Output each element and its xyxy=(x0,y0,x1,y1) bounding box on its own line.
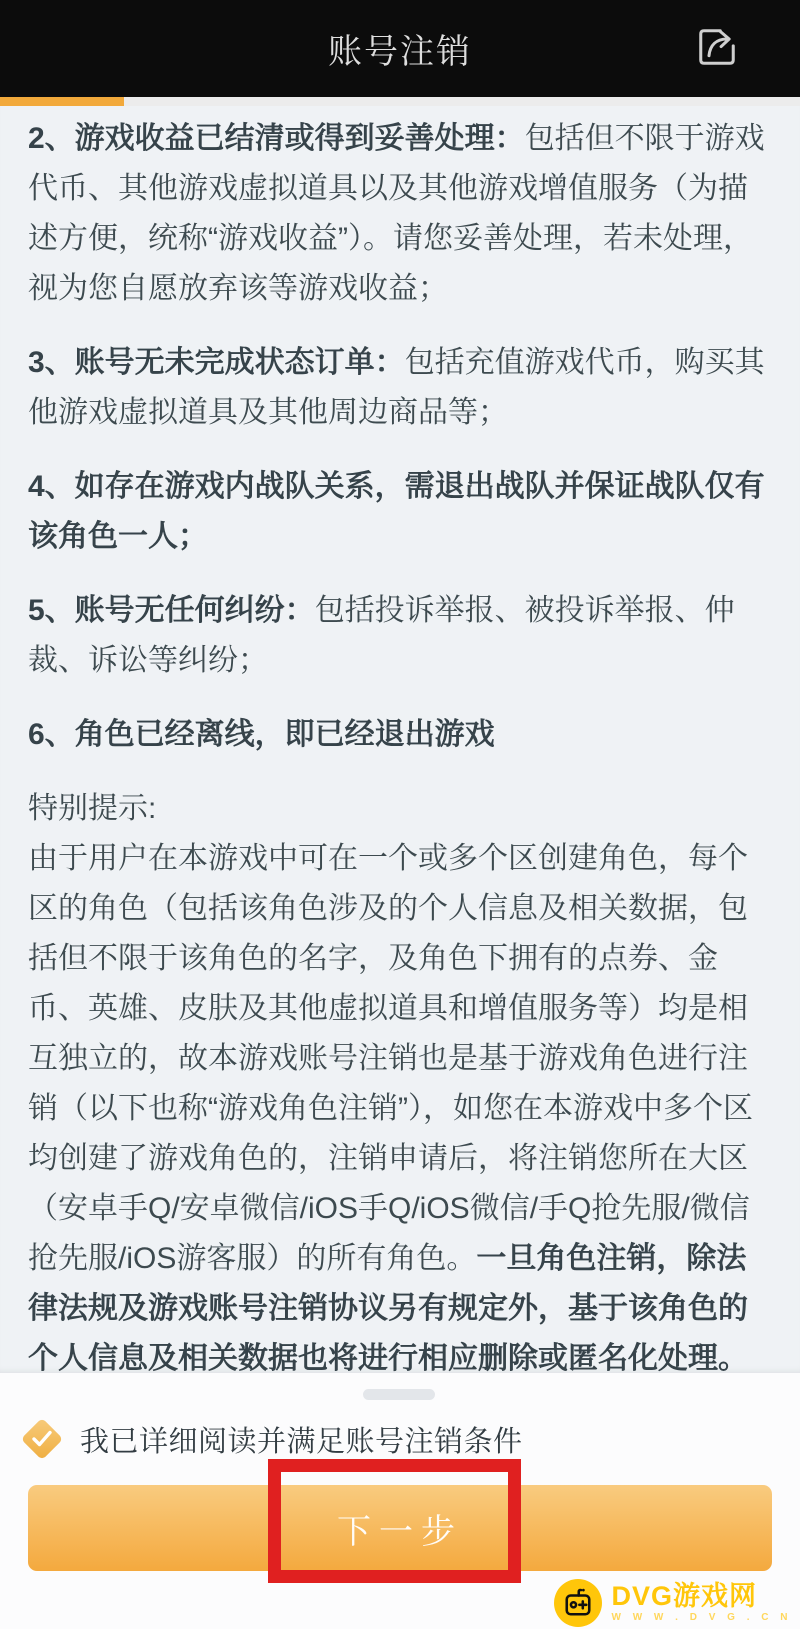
agree-checkbox-row[interactable]: 我已详细阅读并满足账号注销条件 xyxy=(20,1415,523,1463)
footer-panel: 我已详细阅读并满足账号注销条件 下一步 DVG游戏网 W W W . D V G… xyxy=(0,1373,800,1629)
page-load-progress xyxy=(0,97,800,106)
term-item-3: 3、账号无未完成状态订单：包括充值游戏代币，购买其他游戏虚拟道具及其他周边商品等… xyxy=(28,338,772,438)
checkbox-checked-icon[interactable] xyxy=(20,1417,64,1461)
share-button[interactable] xyxy=(686,18,748,80)
app-header: 账号注销 xyxy=(0,0,800,97)
brand-name: DVG游戏网 xyxy=(612,1581,758,1611)
checkmark-icon xyxy=(30,1428,54,1450)
controller-icon xyxy=(554,1579,602,1627)
share-icon xyxy=(691,21,743,78)
terms-scroll-area[interactable]: 2、游戏收益已结清或得到妥善处理：包括但不限于游戏代币、其他游戏虚拟道具以及其他… xyxy=(0,106,800,1373)
term-item-6: 6、角色已经离线，即已经退出游戏 xyxy=(28,710,772,760)
dvg-watermark: DVG游戏网 W W W . D V G . C N xyxy=(554,1579,793,1627)
page-title: 账号注销 xyxy=(328,24,472,73)
progress-fill xyxy=(0,97,124,106)
account-cancellation-screen: 账号注销 2、游戏收益已结清或得到妥善处理：包括但不限于游戏代币、其他游戏虚拟道… xyxy=(0,0,800,1629)
term-item-4: 4、如存在游戏内战队关系，需退出战队并保证战队仅有该角色一人； xyxy=(28,462,772,562)
agree-label: 我已详细阅读并满足账号注销条件 xyxy=(80,1419,523,1460)
drag-handle[interactable] xyxy=(363,1389,435,1400)
special-notice: 特别提示: 由于用户在本游戏中可在一个或多个区创建角色，每个区的角色（包括该角色… xyxy=(28,784,772,1373)
term-item-5: 5、账号无任何纠纷：包括投诉举报、被投诉举报、仲裁、诉讼等纠纷； xyxy=(28,586,772,686)
next-step-button[interactable]: 下一步 xyxy=(28,1485,772,1571)
notice-body: 由于用户在本游戏中可在一个或多个区创建角色，每个区的角色（包括该角色涉及的个人信… xyxy=(28,842,753,1275)
brand-url: W W W . D V G . C N xyxy=(612,1611,793,1625)
term-item-2: 2、游戏收益已结清或得到妥善处理：包括但不限于游戏代币、其他游戏虚拟道具以及其他… xyxy=(28,114,772,314)
notice-title: 特别提示: xyxy=(28,792,156,825)
